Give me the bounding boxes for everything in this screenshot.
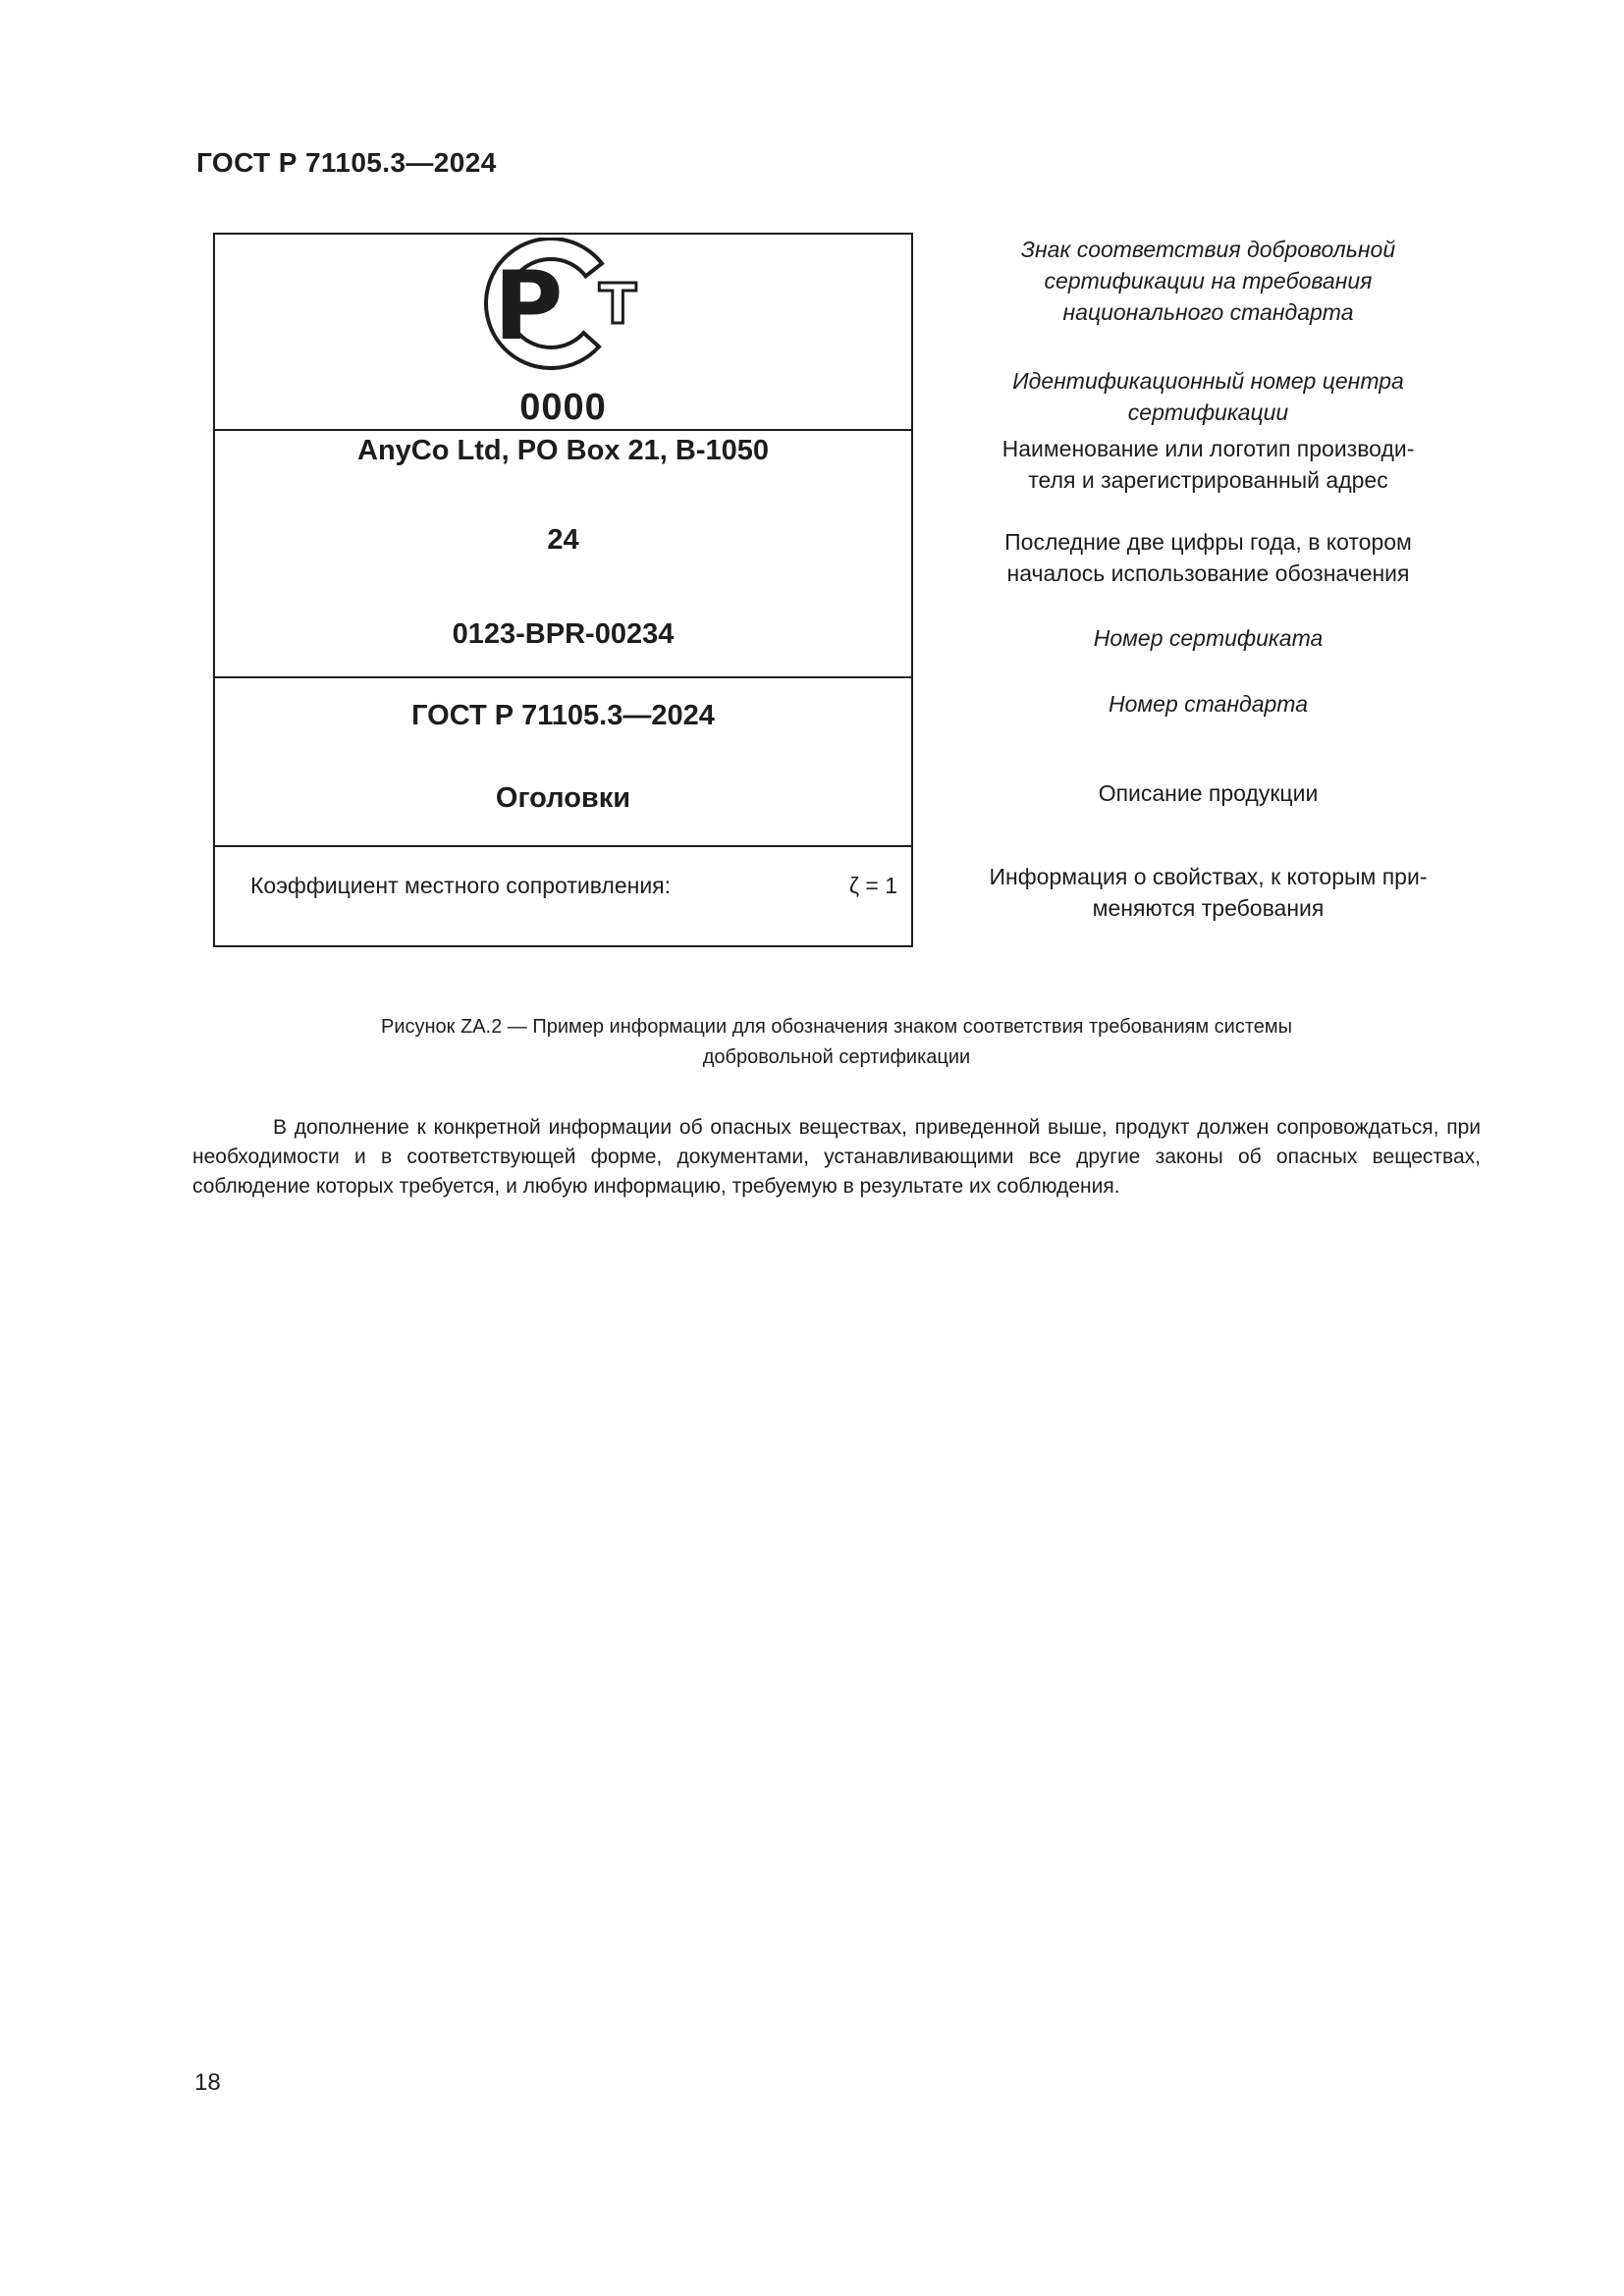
page-number: 18 xyxy=(194,2069,221,2097)
figure-caption: Рисунок ZA.2 — Пример информации для обо… xyxy=(192,1012,1481,1073)
certification-label-figure: Р Т 0000 AnyCo Ltd, PO Box 21, B-1050 24… xyxy=(213,233,913,947)
standard-number: ГОСТ Р 71105.3—2024 xyxy=(215,678,911,732)
standard-row: ГОСТ Р 71105.3—2024 Оголовки xyxy=(215,676,911,845)
annotation-properties-info: Информация о свойствах, к которым при- м… xyxy=(931,861,1486,924)
document-header: ГОСТ Р 71105.3—2024 xyxy=(196,147,497,179)
mark-row: Р Т 0000 xyxy=(215,238,911,429)
annotation-product-description: Описание продукции xyxy=(931,777,1486,809)
product-description: Оголовки xyxy=(215,781,911,815)
property-row: Коэффициент местного сопротивления: ζ = … xyxy=(215,845,911,948)
certificate-number: 0123-BPR-00234 xyxy=(215,617,911,651)
mark-letter-r: Р xyxy=(494,251,563,361)
annotation-standard-number: Номер стандарта xyxy=(931,688,1486,720)
cert-center-id: 0000 xyxy=(215,391,911,424)
mark-letter-t: Т xyxy=(599,273,636,337)
rostest-conformity-mark-icon: Р Т xyxy=(482,238,644,370)
year-digits: 24 xyxy=(215,523,911,557)
annotation-cert-center-id: Идентификационный номер центра сертифика… xyxy=(931,365,1486,428)
property-label: Коэффициент местного сопротивления: xyxy=(250,872,671,899)
annotation-certificate-number: Номер сертификата xyxy=(931,622,1486,654)
annotation-year: Последние две цифры года, в котором нача… xyxy=(931,526,1486,589)
manufacturer-row: AnyCo Ltd, PO Box 21, B-1050 24 0123-BPR… xyxy=(215,429,911,676)
annotation-mark-meaning: Знак соответствия добровольной сертифика… xyxy=(931,234,1486,328)
manufacturer-name: AnyCo Ltd, PO Box 21, B-1050 xyxy=(215,431,911,467)
annotation-manufacturer: Наименование или логотип производи- теля… xyxy=(931,433,1486,496)
property-value: ζ = 1 xyxy=(849,872,897,899)
document-page: ГОСТ Р 71105.3—2024 Р Т 0000 AnyCo Ltd, … xyxy=(0,0,1624,2296)
body-paragraph: В дополнение к конкретной информации об … xyxy=(192,1113,1481,1201)
